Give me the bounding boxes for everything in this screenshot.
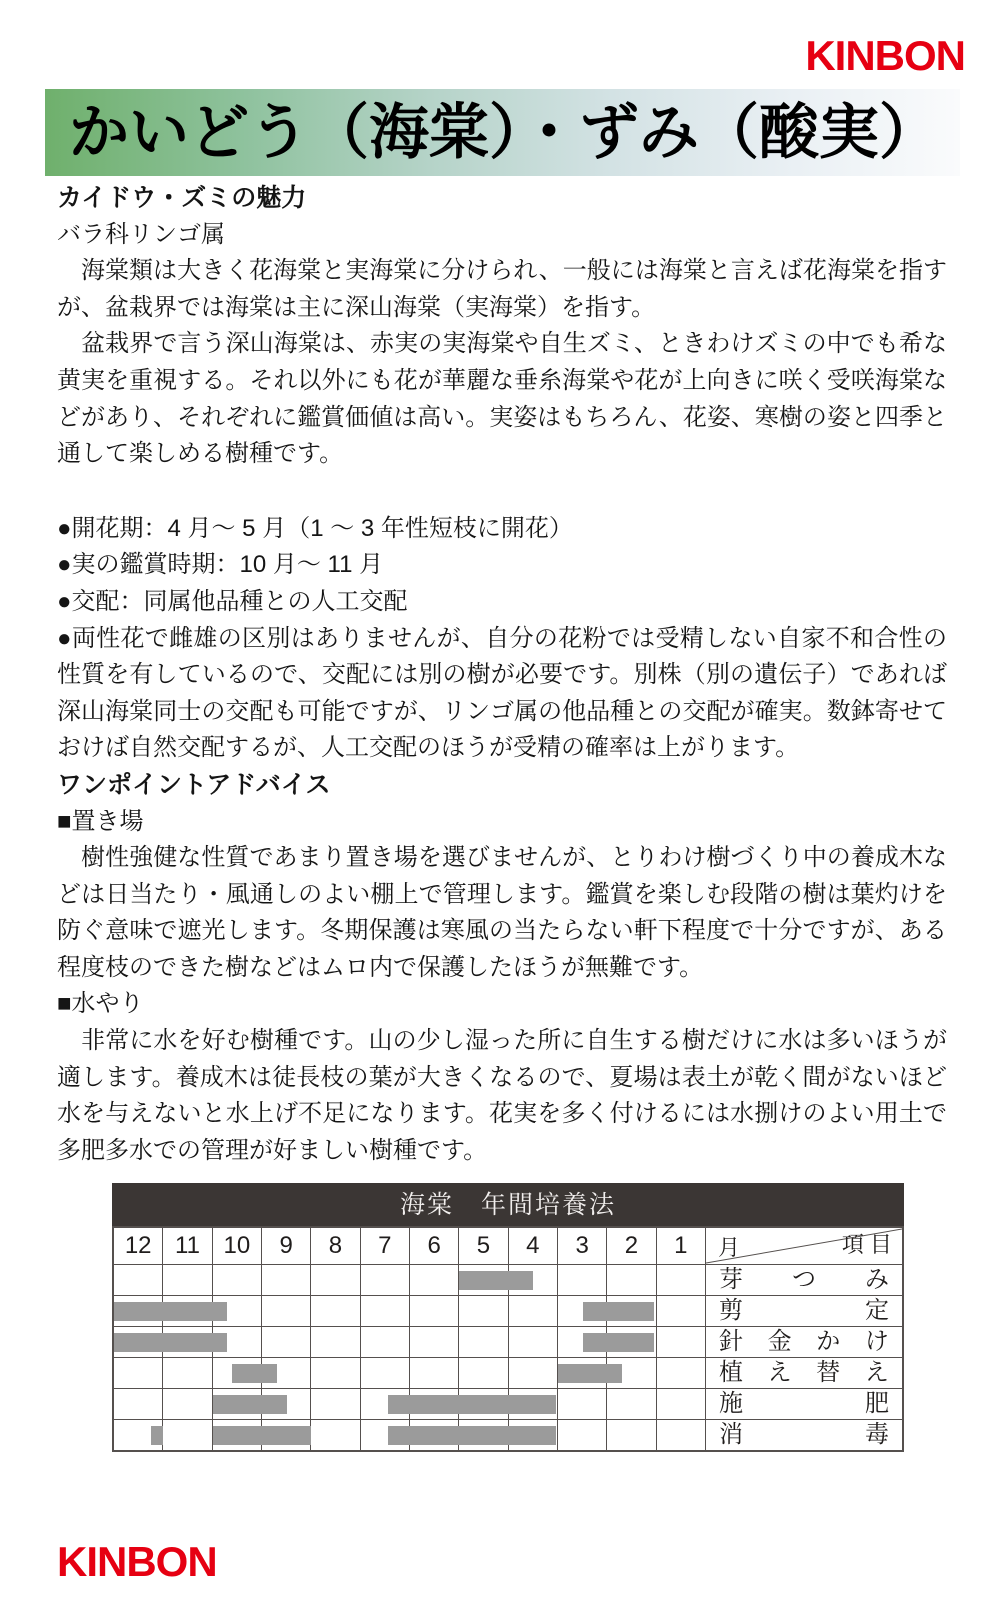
magazine-page: KINBON かいどう（海棠）・ずみ（酸実） カイドウ・ズミの魅力 バラ科リンゴ…: [0, 0, 1000, 1615]
row-label-char: 替: [816, 1358, 840, 1388]
kinbon-logo-bottom: KINBON: [57, 1541, 217, 1583]
calendar-bar: [151, 1426, 163, 1445]
grid-cell: [114, 1358, 163, 1388]
grid-cell: [114, 1389, 163, 1419]
month-cell: 9: [262, 1228, 311, 1265]
grid-cell: [607, 1420, 656, 1450]
calendar-bar: [213, 1395, 287, 1414]
calendar-row: 針金かけ: [114, 1326, 902, 1357]
calendar-row: 施肥: [114, 1388, 902, 1419]
grid-cell: [163, 1265, 212, 1295]
family-line: バラ科リンゴ属: [57, 217, 947, 254]
grid-cell: [459, 1358, 508, 1388]
grid-cell: [558, 1265, 607, 1295]
row-label-char: 剪: [719, 1296, 743, 1326]
calendar-grid: 121110987654321月項 目芽つみ剪定針金かけ植え替え施肥消毒: [112, 1226, 904, 1452]
grid-cell: [311, 1358, 360, 1388]
row-label-char: 金: [768, 1327, 792, 1357]
calendar-bar: [114, 1333, 227, 1352]
section-heading-appeal: カイドウ・ズミの魅力: [57, 180, 947, 217]
page-title: かいどう（海棠）・ずみ（酸実）: [45, 103, 939, 163]
grid-cell: [657, 1420, 706, 1450]
row-label: 施肥: [706, 1389, 902, 1419]
month-cell: 1: [657, 1228, 706, 1265]
calendar-bar: [232, 1364, 276, 1383]
row-label-char: つ: [792, 1265, 816, 1295]
calendar-bar: [114, 1302, 227, 1321]
row-label-char: え: [768, 1358, 792, 1388]
calendar-title: 海棠 年間培養法: [112, 1183, 904, 1226]
month-cell: 10: [213, 1228, 262, 1265]
row-label-char: み: [865, 1265, 889, 1295]
month-cell: 5: [459, 1228, 508, 1265]
grid-cell: [657, 1327, 706, 1357]
grid-cell: [361, 1265, 410, 1295]
grid-cell: [361, 1296, 410, 1326]
grid-cell: [163, 1389, 212, 1419]
grid-cell: [410, 1327, 459, 1357]
grid-cell: [607, 1265, 656, 1295]
grid-cell: [657, 1265, 706, 1295]
bullet-self-incompatibility: ●両性花で雌雄の区別はありませんが、自分の花粉では受精しない自家不和合性の性質を…: [57, 621, 947, 767]
row-label-char: 毒: [865, 1420, 889, 1450]
grid-cell: [657, 1389, 706, 1419]
calendar-bar: [213, 1426, 312, 1445]
grid-cell: [311, 1265, 360, 1295]
grid-cell: [361, 1358, 410, 1388]
grid-cell: [262, 1296, 311, 1326]
calendar-month-row: 121110987654321月項 目: [114, 1228, 902, 1264]
grid-cell: [410, 1296, 459, 1326]
row-label-char: え: [865, 1358, 889, 1388]
subheading-placement: ■置き場: [57, 804, 947, 841]
month-cell: 6: [410, 1228, 459, 1265]
grid-cell: [311, 1389, 360, 1419]
calendar-row: 消毒: [114, 1419, 902, 1450]
cultivation-calendar: 海棠 年間培養法 121110987654321月項 目芽つみ剪定針金かけ植え替…: [112, 1183, 904, 1452]
paragraph-watering: 非常に水を好む樹種です。山の少し湿った所に自生する樹だけに水は多いほうが適します…: [57, 1023, 947, 1169]
corner-cell: 月項 目: [706, 1228, 902, 1265]
row-label-char: 芽: [719, 1265, 743, 1295]
row-label-char: 針: [719, 1327, 743, 1357]
grid-cell: [607, 1389, 656, 1419]
grid-cell: [509, 1358, 558, 1388]
grid-cell: [114, 1265, 163, 1295]
month-cell: 12: [114, 1228, 163, 1265]
grid-cell: [262, 1265, 311, 1295]
grid-cell: [509, 1296, 558, 1326]
corner-item-label: 項 目: [842, 1227, 892, 1264]
calendar-row: 芽つみ: [114, 1264, 902, 1295]
calendar-bar: [558, 1364, 622, 1383]
grid-cell: [509, 1327, 558, 1357]
month-cell: 2: [607, 1228, 656, 1265]
title-banner: かいどう（海棠）・ずみ（酸実）: [45, 89, 960, 176]
grid-cell: [410, 1358, 459, 1388]
row-label-char: 定: [865, 1296, 889, 1326]
month-cell: 3: [558, 1228, 607, 1265]
row-label: 針金かけ: [706, 1327, 902, 1357]
month-cell: 4: [509, 1228, 558, 1265]
grid-cell: [657, 1358, 706, 1388]
row-label-char: 施: [719, 1389, 743, 1419]
calendar-bar: [583, 1302, 655, 1321]
grid-cell: [262, 1327, 311, 1357]
month-cell: 11: [163, 1228, 212, 1265]
grid-cell: [311, 1296, 360, 1326]
row-label-char: か: [816, 1327, 840, 1357]
paragraph-1: 海棠類は大きく花海棠と実海棠に分けられ、一般には海棠と言えば花海棠を指すが、盆栽…: [57, 253, 947, 326]
bullet-flowering: ●開花期：4 月～ 5 月（1 ～ 3 年性短枝に開花）: [57, 511, 947, 548]
grid-cell: [213, 1265, 262, 1295]
kinbon-logo-top: KINBON: [795, 35, 965, 77]
row-label: 植え替え: [706, 1358, 902, 1388]
calendar-bar: [388, 1395, 556, 1414]
calendar-bar: [583, 1333, 655, 1352]
grid-cell: [558, 1420, 607, 1450]
row-label-char: 肥: [865, 1389, 889, 1419]
subheading-watering: ■水やり: [57, 986, 947, 1023]
bullet-pollination: ●交配：同属他品種との人工交配: [57, 584, 947, 621]
grid-cell: [311, 1420, 360, 1450]
month-cell: 8: [311, 1228, 360, 1265]
row-label-char: 植: [719, 1358, 743, 1388]
grid-cell: [459, 1296, 508, 1326]
grid-cell: [410, 1265, 459, 1295]
bullet-list: ●開花期：4 月～ 5 月（1 ～ 3 年性短枝に開花） ●実の鑑賞時期：10 …: [57, 511, 947, 767]
calendar-bar: [388, 1426, 556, 1445]
calendar-bar: [459, 1271, 533, 1290]
grid-cell: [163, 1420, 212, 1450]
section-heading-advice: ワンポイントアドバイス: [57, 767, 947, 804]
row-label: 芽つみ: [706, 1265, 902, 1295]
grid-cell: [361, 1327, 410, 1357]
grid-cell: [657, 1296, 706, 1326]
grid-cell: [459, 1327, 508, 1357]
row-label-char: 消: [719, 1420, 743, 1450]
grid-cell: [163, 1358, 212, 1388]
grid-cell: [311, 1327, 360, 1357]
article-body: カイドウ・ズミの魅力 バラ科リンゴ属 海棠類は大きく花海棠と実海棠に分けられ、一…: [57, 180, 947, 1452]
row-label: 消毒: [706, 1420, 902, 1450]
row-label-char: け: [865, 1327, 889, 1357]
month-cell: 7: [361, 1228, 410, 1265]
calendar-row: 植え替え: [114, 1357, 902, 1388]
paragraph-2: 盆栽界で言う深山海棠は、赤実の実海棠や自生ズミ、ときわけズミの中でも希な黄実を重…: [57, 326, 947, 472]
corner-month-label: 月: [718, 1230, 740, 1267]
grid-cell: [558, 1389, 607, 1419]
bullet-fruit-season: ●実の鑑賞時期：10 月～ 11 月: [57, 547, 947, 584]
paragraph-placement: 樹性強健な性質であまり置き場を選びませんが、とりわけ樹づくり中の養成木などは日当…: [57, 840, 947, 986]
calendar-row: 剪定: [114, 1295, 902, 1326]
row-label: 剪定: [706, 1296, 902, 1326]
